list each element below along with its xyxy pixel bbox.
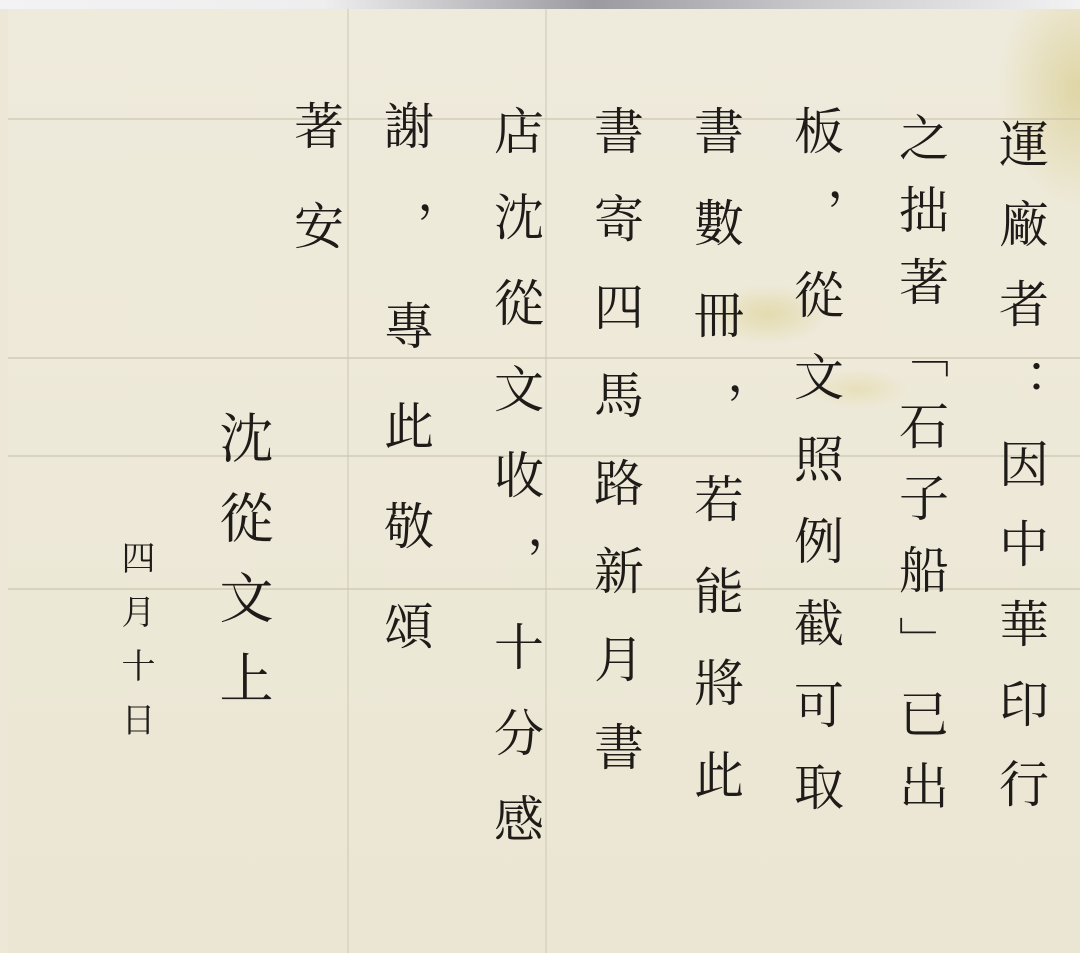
letter-column-8-closing: 著安	[290, 100, 340, 300]
letter-column-1: 運廠者：因中華印行	[995, 118, 1045, 838]
scan-top-edge	[0, 0, 1080, 9]
letter-column-6: 店沈從文收，十分感	[490, 105, 540, 879]
signature: 沈從文上	[215, 410, 269, 730]
date: 四月十日	[118, 540, 152, 756]
letter-column-5: 書寄四馬路新月書	[590, 105, 640, 809]
letter-column-3: 板，從文照例截可取	[790, 105, 840, 843]
letter-column-2: 之拙著「石子船」已出	[895, 112, 945, 832]
fold-line	[545, 9, 547, 953]
letter-column-4: 書數冊，若能將此	[690, 105, 740, 841]
fold-line	[347, 9, 349, 953]
letter-column-7: 謝，專此敬頌	[380, 100, 430, 700]
